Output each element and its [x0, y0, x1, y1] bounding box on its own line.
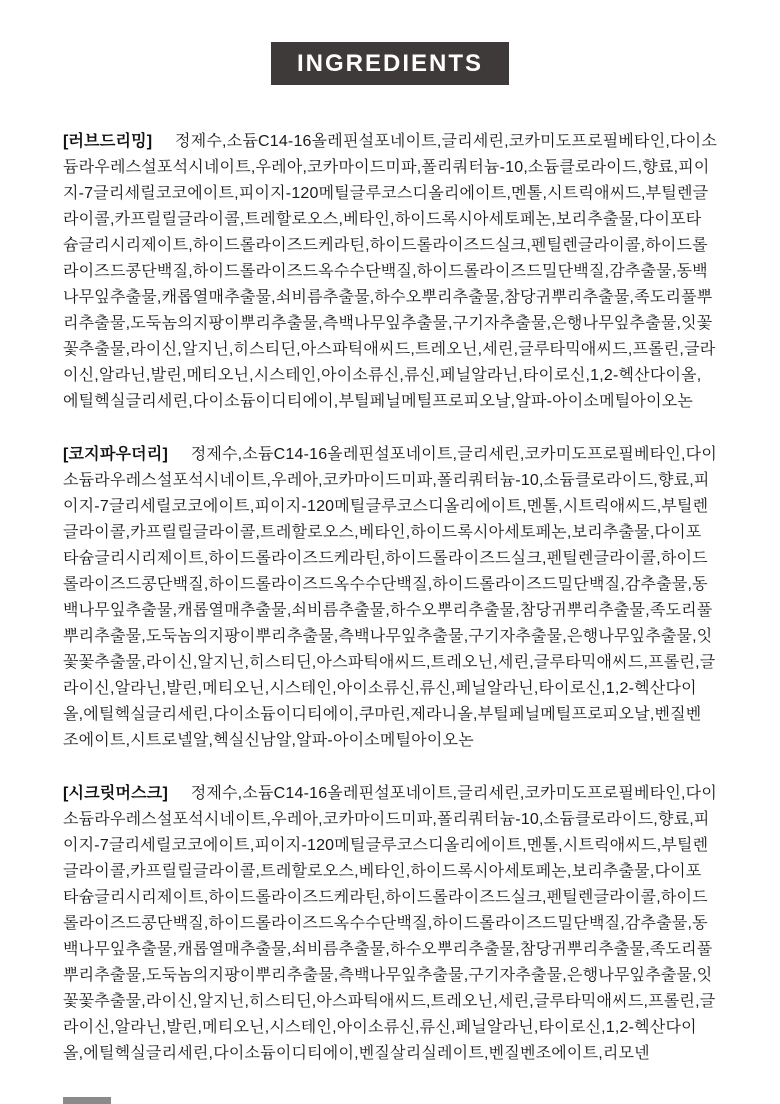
ingredients-header-box: INGREDIENTS: [271, 42, 509, 85]
section-ingredients-cozy-powdery: 정제수,소듐C14-16올레핀설포네이트,글리세린,코카미도프로필베타인,다이소…: [63, 446, 717, 749]
ingredients-content: [러브드리밍] 정제수,소듐C14-16올레핀설포네이트,글리세린,코카미도프로…: [63, 129, 717, 1094]
page-title: INGREDIENTS: [297, 50, 483, 77]
ingredients-section-cozy-powdery: [코지파우더리] 정제수,소듐C14-16올레핀설포네이트,글리세린,코카미도프…: [63, 442, 717, 754]
section-ingredients-secret-musk: 정제수,소듐C14-16올레핀설포네이트,글리세린,코카미도프로필베타인,다이소…: [63, 785, 717, 1062]
section-ingredients-love-dreaming: 정제수,소듐C14-16올레핀설포네이트,글리세린,코카미도프로필베타인,다이소…: [63, 133, 717, 410]
ingredients-page: INGREDIENTS [러브드리밍] 정제수,소듐C14-16올레핀설포네이트…: [0, 0, 780, 1104]
section-label-love-dreaming: [러브드리밍]: [63, 133, 152, 150]
ingredients-section-secret-musk: [시크릿머스크] 정제수,소듐C14-16올레핀설포네이트,글리세린,코카미도프…: [63, 781, 717, 1067]
cutoff-gray-box: [63, 1097, 111, 1104]
ingredients-section-love-dreaming: [러브드리밍] 정제수,소듐C14-16올레핀설포네이트,글리세린,코카미도프로…: [63, 129, 717, 415]
section-label-secret-musk: [시크릿머스크]: [63, 785, 168, 802]
section-label-cozy-powdery: [코지파우더리]: [63, 446, 168, 463]
